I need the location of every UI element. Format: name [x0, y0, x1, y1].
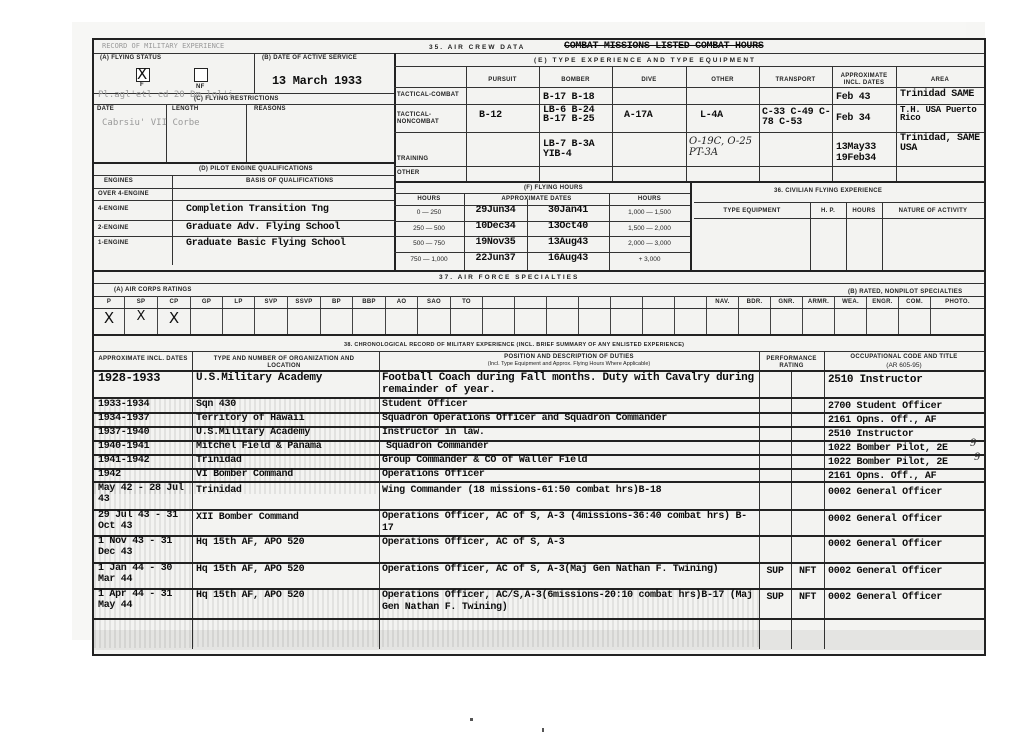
col-other: OTHER: [686, 77, 759, 83]
fh-date-b: 16Aug43: [527, 253, 609, 264]
row-tactical-combat: TACTICAL-COMBAT: [397, 92, 459, 98]
dates-combat: Feb 43: [836, 92, 870, 103]
rating-cell-blank[interactable]: [515, 296, 547, 334]
chrono-duties: Wing Commander (18 missions-61:50 combat…: [382, 485, 758, 497]
chrono-duties: Operations Officer, AC of S, A-3(Maj Gen…: [382, 564, 758, 576]
civ-col-nature: NATURE OF ACTIVITY: [882, 208, 984, 214]
rating-cell-blank[interactable]: [643, 296, 675, 334]
chrono-org: Sqn 430: [196, 399, 236, 410]
rating-cell-ao[interactable]: AO: [386, 296, 418, 334]
scan-speck: [470, 718, 473, 721]
chrono-date: 1 Apr 44 - 31 May 44: [98, 589, 190, 611]
restrictions-col-length: Length: [172, 106, 198, 112]
type-experience-label: (E) TYPE EXPERIENCE AND TYPE EQUIPMENT: [534, 57, 756, 64]
fh-col-dates: APPROXIMATE DATES: [464, 196, 609, 202]
restrictions-col-date: Date: [97, 106, 114, 112]
active-service-date: 13 March 1933: [272, 74, 362, 88]
chrono-duties: Squadron Operations Officer and Squadron…: [382, 413, 667, 424]
engine-col-basis: Basis of Qualifications: [246, 178, 333, 184]
chrono-col-rating: PERFORMANCE RATING: [759, 356, 824, 370]
chrono-date: 1933-1934: [98, 399, 149, 410]
check-x-icon: X: [158, 309, 190, 327]
chrono-code: 0002 General Officer: [828, 566, 942, 577]
civ-col-hp: H. P.: [810, 208, 846, 214]
dates-noncombat: Feb 34: [836, 113, 870, 124]
fh-date-a: 29Jun34: [464, 205, 527, 216]
chrono-code: 0002 General Officer: [828, 514, 942, 525]
rating-cell-blank[interactable]: [611, 296, 643, 334]
air-corps-ratings-label: (A) AIR CORPS RATINGS: [114, 287, 192, 293]
chrono-code: 2700 Student Officer: [828, 401, 942, 412]
nonpilot-cell-photo[interactable]: PHOTO.: [931, 296, 984, 334]
chrono-date: 1934-1937: [98, 413, 149, 424]
chrono-date: 1928-1933: [98, 371, 160, 385]
chrono-code: 1022 Bomber Pilot, 2E: [828, 443, 948, 454]
chrono-col-dates: APPROXIMATE INCL. DATES: [94, 356, 192, 363]
nonpilot-cell-engr[interactable]: ENGR.: [867, 296, 899, 334]
rating-cell-gp[interactable]: GP: [191, 296, 223, 334]
rating-cell-sp[interactable]: SPX: [125, 296, 158, 334]
chrono-date: 1 Jan 44 - 30 Mar 44: [98, 563, 190, 585]
chronological-label: 38. CHRONOLOGICAL RECORD OF MILITARY EXP…: [344, 342, 684, 348]
rating-cell-p[interactable]: PX: [94, 296, 125, 334]
dive-noncombat: A-17A: [624, 110, 653, 121]
nonpilot-cell-gnr[interactable]: GNR.: [771, 296, 803, 334]
chrono-org: VI Bomber Command: [196, 469, 293, 480]
chrono-org: Trinidad: [196, 485, 242, 496]
chrono-rating-a: SUP: [759, 566, 791, 577]
fh-date-b: 13Oct40: [527, 221, 609, 232]
active-service-label: (B) DATE OF ACTIVE SERVICE: [262, 55, 357, 61]
rating-cell-blank[interactable]: [675, 296, 707, 334]
fh-hours-a: 250 — 500: [394, 225, 464, 232]
chrono-org: U.S.Military Academy: [196, 372, 322, 384]
engine-row-label: 1-Engine: [98, 240, 129, 246]
nonpilot-cell-wea[interactable]: WEA.: [835, 296, 867, 334]
chrono-code: 2161 Opns. Off., AF: [828, 415, 936, 426]
area-combat: Trinidad SAME: [900, 90, 982, 99]
chrono-date: 1940-1941: [98, 441, 149, 452]
rating-cell-bp[interactable]: BP: [321, 296, 353, 334]
chrono-duties: Operations Officer, AC of S, A-3: [382, 537, 564, 548]
chrono-code: 0002 General Officer: [828, 539, 942, 550]
chrono-duties: Instructor in law.: [382, 427, 485, 438]
fh-col-hours-a: HOURS: [394, 196, 464, 202]
bleed-through-text: Cabrsiu' VII Corbe: [102, 118, 200, 128]
chrono-code: 0002 General Officer: [828, 592, 942, 603]
section-35-title: 35. AIR CREW DATA: [429, 44, 525, 51]
nonpilot-specialties-label: (B) RATED, NONPILOT SPECIALTIES: [848, 289, 962, 295]
chrono-date: 29 Jul 43 - 31 Oct 43: [98, 510, 190, 532]
chrono-org: Hq 15th AF, APO 520: [196, 537, 304, 548]
chrono-col-org: TYPE AND NUMBER OF ORGANIZATION AND LOCA…: [204, 356, 364, 370]
fh-date-a: 19Nov35: [464, 237, 527, 248]
fh-hours-a: 750 — 1,000: [394, 256, 464, 263]
fh-hours-b: 1,000 — 1,500: [609, 209, 690, 216]
section-35-suffix: COMBAT MISSIONS LISTED COMBAT HOURS: [564, 41, 764, 52]
nonpilot-cell-nav[interactable]: NAV.: [707, 296, 739, 334]
nonpilot-cell-armr[interactable]: ARMR.: [803, 296, 835, 334]
chrono-duties: Squadron Commander: [386, 441, 489, 452]
nonpilot-cell-bdr[interactable]: BDR.: [739, 296, 771, 334]
check-x-icon: X: [125, 309, 157, 324]
fh-date-a: 22Jun37: [464, 253, 527, 264]
rating-cell-to[interactable]: TO: [451, 296, 483, 334]
specialties-label: 37. AIR FORCE SPECIALTIES: [439, 274, 579, 281]
engine-basis-value: Graduate Basic Flying School: [186, 238, 346, 249]
bomber-combat: B-17 B-18: [543, 92, 594, 103]
flying-status-label: (A) FLYING STATUS: [100, 55, 161, 61]
engine-qualifications-label: (D) PILOT ENGINE QUALIFICATIONS: [199, 166, 313, 172]
chrono-org: Mitchel Field & Panama: [196, 441, 321, 452]
chrono-org: Trinidad: [196, 455, 242, 466]
chrono-org: Territory of Hawaii: [196, 413, 304, 424]
chrono-org: Hq 15th AF, APO 520: [196, 590, 304, 601]
rating-cell-svp[interactable]: SVP: [255, 296, 288, 334]
chrono-rating-b: NFT: [791, 566, 824, 577]
engine-col-engines: Engines: [104, 178, 133, 184]
col-area: AREA: [896, 77, 984, 83]
rating-cell-blank[interactable]: [483, 296, 515, 334]
transport-noncombat: C-33 C-49 C-78 C-53: [762, 108, 832, 128]
fh-date-b: 30Jan41: [527, 205, 609, 216]
chrono-code: 2510 Instructor: [828, 374, 923, 386]
chrono-col-code-sub: (AR 605-95): [824, 362, 984, 369]
rating-cell-bbp[interactable]: BBP: [353, 296, 386, 334]
flying-status-f-label: F: [140, 82, 144, 88]
fh-hours-a: 500 — 750: [394, 240, 464, 247]
row-tactical-noncombat: TACTICAL-NONCOMBAT: [397, 112, 457, 126]
area-training: Trinidad, SAME USA: [900, 134, 984, 154]
rating-cell-blank[interactable]: [547, 296, 579, 334]
col-transport: TRANSPORT: [759, 77, 832, 83]
chrono-date: 1937-1940: [98, 427, 149, 438]
engine-basis-value: Graduate Adv. Flying School: [186, 222, 340, 233]
chrono-date: 1942: [98, 469, 121, 480]
chrono-org: XII Bomber Command: [196, 512, 299, 523]
engine-row-label: 2-Engine: [98, 225, 129, 231]
chrono-duties: Student Officer: [382, 399, 468, 410]
ratings-row: PX SPX CPX GP LP SVP SSVP BP BBP AO SAO …: [94, 296, 984, 334]
engine-row-label: 4-Engine: [98, 206, 129, 212]
fh-hours-b: 2,000 — 3,000: [609, 240, 690, 247]
fh-col-hours-b: HOURS: [609, 196, 690, 202]
chrono-date: May 42 - 28 Jul 43: [98, 483, 190, 505]
chrono-duties: Group Commander & CO of Waller Field: [382, 455, 587, 466]
engine-row-label: Over 4-Engine: [98, 191, 149, 197]
scan-speck: [542, 728, 544, 732]
bomber-training: LB-7 B-3A YIB-4: [543, 140, 611, 160]
margin-handwritten-mark: 9: [974, 452, 980, 463]
civ-col-hours: HOURS: [846, 208, 882, 214]
scan-bottom-smudge: [94, 630, 984, 650]
rating-cell-cp[interactable]: CPX: [158, 296, 191, 334]
margin-handwritten-mark: 9: [970, 438, 976, 449]
dates-training: 13May33 19Feb34: [836, 142, 896, 164]
rating-cell-blank[interactable]: [579, 296, 611, 334]
bleed-through-text: Pl.agl'etl cd 20 Dm lol'i: [98, 90, 233, 100]
chrono-duties: Operations Officer: [382, 469, 485, 480]
row-training: TRAINING: [397, 156, 428, 162]
nonpilot-cell-com[interactable]: COM.: [899, 296, 931, 334]
fh-date-b: 13Aug43: [527, 237, 609, 248]
check-x-icon: X: [137, 65, 147, 83]
fh-hours-b: 1,500 — 2,000: [609, 225, 690, 232]
flying-hours-label: (F) FLYING HOURS: [524, 185, 583, 191]
check-x-icon: X: [94, 309, 124, 327]
chrono-rating-a: SUP: [759, 592, 791, 603]
col-approx-dates: APPROXIMATE INCL. DATES: [834, 73, 894, 87]
fh-hours-b: + 3,000: [609, 256, 690, 263]
chrono-code: 1022 Bomber Pilot, 2E: [828, 457, 948, 468]
chrono-date: 1 Nov 43 - 31 Dec 43: [98, 536, 190, 558]
chrono-org: Hq 15th AF, APO 520: [196, 564, 304, 575]
civ-col-type: TYPE EQUIPMENT: [694, 208, 810, 214]
ghost-header-text: RECORD OF MILITARY EXPERIENCE: [102, 42, 224, 50]
pursuit-noncombat: B-12: [479, 110, 502, 121]
chrono-col-duties: POSITION AND DESCRIPTION OF DUTIES: [379, 354, 759, 360]
chrono-code: 2510 Instructor: [828, 429, 914, 440]
chrono-duties: Football Coach during Fall months. Duty …: [382, 372, 758, 396]
engine-basis-value: Completion Transition Tng: [186, 204, 329, 215]
fh-date-a: 10Dec34: [464, 221, 527, 232]
restrictions-col-reasons: Reasons: [254, 106, 286, 112]
other-noncombat: L-4A: [700, 110, 723, 121]
chrono-date: 1941-1942: [98, 455, 149, 466]
chrono-duties: Operations Officer, AC/S,A-3(6missions-2…: [382, 590, 758, 614]
row-other: OTHER: [397, 170, 420, 176]
fh-hours-a: 0 — 250: [394, 209, 464, 216]
bomber-noncombat: LB-6 B-24 B-17 B-25: [543, 106, 611, 124]
chrono-duties: Operations Officer, AC of S, A-3 (4missi…: [382, 511, 758, 535]
rating-cell-ssvp[interactable]: SSVP: [288, 296, 321, 334]
civilian-flying-label: 36. CIVILIAN FLYING EXPERIENCE: [774, 188, 882, 194]
col-pursuit: PURSUIT: [466, 77, 539, 83]
chrono-org: U.S.Military Academy: [196, 427, 310, 438]
col-bomber: BOMBER: [539, 77, 612, 83]
rating-cell-sao[interactable]: SAO: [418, 296, 451, 334]
chrono-code: 0002 General Officer: [828, 487, 942, 498]
rating-cell-lp[interactable]: LP: [223, 296, 255, 334]
area-noncombat: T.H. USA Puerto Rico: [900, 106, 984, 122]
chrono-rating-b: NFT: [791, 592, 824, 603]
chrono-col-duties-sub: (Incl. Type Equipment and Approx. Flying…: [379, 361, 759, 367]
flying-status-nf-checkbox[interactable]: [194, 68, 208, 82]
chrono-col-code: OCCUPATIONAL CODE AND TITLE: [824, 354, 984, 360]
air-crew-data-form: RECORD OF MILITARY EXPERIENCE 35. AIR CR…: [92, 38, 986, 656]
col-dive: DIVE: [612, 77, 686, 83]
other-training-handwritten: O-19C, O-25 PT-3A: [689, 136, 759, 158]
flying-status-f-checkbox[interactable]: X: [136, 68, 150, 82]
